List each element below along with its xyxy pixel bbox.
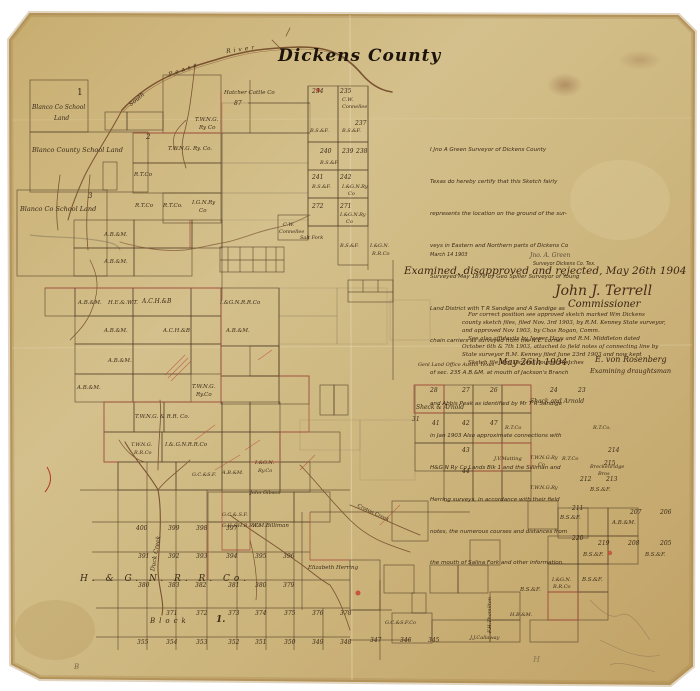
parcel-label: G.C.&.S.F. [222, 512, 248, 518]
corner-mark: H [533, 655, 540, 664]
certificate-line: of sec. 235 A.B.&M. at mouth of Jackson'… [430, 368, 579, 379]
parcel-number: 219 [598, 540, 609, 547]
parcel-label: A.B.&M. [612, 520, 636, 526]
parcel-label: Hatcher Cattle Co [224, 90, 275, 96]
parcel-label: A.B.&M. [104, 232, 128, 238]
parcel-number: 373 [228, 610, 239, 617]
parcel-label: G.C.&S.F.Co [385, 620, 416, 626]
parcel-number: 346 [400, 637, 411, 644]
office-line: Genl Land Office Austin Texas [418, 362, 494, 368]
notes-line: See also affidavits by Jasper Hays and R… [468, 335, 666, 343]
parcel-label: Land [54, 115, 69, 122]
parcel-number: 213 [606, 476, 617, 483]
parcel-number: 272 [312, 203, 323, 210]
parcel-number: 392 [168, 553, 179, 560]
parcel-number: 352 [228, 639, 239, 646]
parcel-number: 399 [168, 525, 179, 532]
notes-line: county sketch files, filed Nov. 3rd 1903… [462, 319, 666, 327]
parcel-number: 31 [412, 416, 420, 423]
parcel-label: A.B.&M. [226, 328, 250, 334]
parcel-label: A.B.&M. [222, 470, 244, 476]
parcel-label: A.C.H.&B [163, 328, 190, 334]
certificate-line: the mouth of Salina Fork and other infor… [430, 558, 579, 569]
parcel-label: A.B.&M. [104, 328, 128, 334]
parcel-number: 345 [428, 637, 439, 644]
parcel-label: I.&G.N.R.R.Co [220, 300, 260, 306]
parcel-number: 234 [312, 88, 323, 95]
parcel-label: Ry.Co [258, 468, 272, 474]
parcel-label: B.S.&F. [310, 128, 329, 134]
parcel-label: G.C.&S.F. [192, 472, 216, 478]
parcel-label: Ry Co [199, 125, 215, 131]
parcel-label: B.S.&F. [312, 184, 331, 190]
examiner-title: Examining draughtsman [590, 367, 671, 375]
river-label-salt-fork: Salt Fork [300, 235, 323, 241]
certificate-line: represents the location on the ground of… [430, 209, 579, 220]
parcel-label: Blanco County School Land [32, 146, 123, 154]
parcel-label: I.&.G.N.R.R.Co [165, 442, 207, 448]
parcel-number: 374 [255, 610, 266, 617]
certificate-line: Herring surveys, in accordance with thei… [430, 495, 579, 506]
parcel-number: 398 [196, 525, 207, 532]
parcel-number: 397 [226, 525, 237, 532]
notes-line: and approved Nov 1903, by Chas Rogan, Co… [462, 327, 666, 335]
certificate-line: notes, the numerous courses and distance… [430, 527, 579, 538]
parcel-label: B.S.&F. [320, 160, 339, 166]
parcel-label: R.R.Co [134, 450, 152, 456]
parcel-number: 381 [228, 582, 239, 589]
block-label: Block [150, 617, 190, 625]
block-number: 1. [216, 615, 225, 625]
certificate-line: H&G N Ry Co Lands Blk 1 and the Silliman… [430, 463, 579, 474]
parcel-label: C.W. [342, 97, 353, 103]
parcel-number: 383 [168, 582, 179, 589]
parcel-number: 240 [320, 148, 331, 155]
parcel-label: R.T.Co [134, 172, 152, 178]
parcel-label-hgn: H. & G. N. R. R. Co. [80, 574, 250, 584]
parcel-label: R.R.Co [372, 251, 390, 257]
parcel-label: B.S.&F. [582, 577, 603, 583]
parcel-number: 348 [340, 639, 351, 646]
map-title: Dickens County [278, 46, 441, 66]
parcel-label: Ry.Co [196, 392, 212, 398]
parcel-number: 208 [628, 540, 639, 547]
surveyor-signature: Jno. A. Green [530, 252, 570, 259]
parcel-number: 350 [284, 639, 295, 646]
parcel-number: 376 [312, 610, 323, 617]
parcel-number: 237 [355, 120, 366, 127]
parcel-number: 241 [312, 174, 323, 181]
parcel-number: 214 [608, 447, 619, 454]
parcel-label: C.W. [283, 222, 294, 228]
certificate-line: I Jno A Green Surveyor of Dickens County [430, 145, 579, 156]
parcel-label: I.&G.N. [255, 460, 274, 466]
parcel-number: 238 [356, 148, 367, 155]
parcel-label: Connellee [279, 229, 304, 235]
parcel-label: B.S.&F. [590, 487, 611, 493]
parcel-label: T.W.N.G. [131, 442, 152, 448]
certificate-date: March 14 1903 [430, 250, 468, 261]
parcel-label: T.W.N.G. [195, 117, 218, 123]
parcel-number: 391 [138, 553, 149, 560]
parcel-number: 239 [342, 148, 353, 155]
parcel-number: 212 [580, 476, 591, 483]
parcel-number: 206 [660, 509, 671, 516]
parcel-label: T.W.N.G. [192, 384, 215, 390]
parcel-label: Blanco Co School [32, 104, 85, 111]
parcel-label: I.&G.N.Ry. [342, 184, 369, 190]
parcel-label: I.G.N.Ry [192, 200, 215, 206]
parcel-label: W.M.Billiman [252, 523, 289, 529]
parcel-number: 271 [340, 203, 351, 210]
parcel-number: 3 [88, 192, 92, 200]
map-sheet: Dickens County South Pease River Duck Cr… [0, 0, 700, 691]
parcel-label: T.W.N.G. Ry. Co. [168, 146, 212, 152]
parcel-number: 394 [226, 553, 237, 560]
parcel-number: 207 [630, 509, 641, 516]
parcel-label: B.S.&F. [583, 552, 604, 558]
parcel-label: Co [346, 219, 353, 225]
parcel-label: B.S.&F. [340, 243, 359, 249]
parcel-number: 205 [660, 540, 671, 547]
parcel-number: 382 [195, 582, 206, 589]
parcel-label: H.E.&.W.T. [108, 300, 138, 306]
parcel-label: B.S.&F. [645, 552, 666, 558]
certificate-line: and Abbis Peak as identified by Mr T R S… [430, 399, 579, 410]
certificate-line: in Jan 1903 Also approximate connections… [430, 431, 579, 442]
parcel-number: 354 [166, 639, 177, 646]
parcel-number: 87 [234, 100, 242, 107]
parcel-label: Blanco Co School Land [20, 205, 96, 213]
parcel-number: 349 [312, 639, 323, 646]
parcel-label: I.&G.N. [370, 243, 389, 249]
parcel-number: 380 [255, 582, 266, 589]
rejection-stamp: Examined, disapproved and rejected, May … [404, 265, 686, 277]
parcel-number: 380 [138, 582, 149, 589]
parcel-number: 347 [370, 637, 381, 644]
parcel-number: 242 [340, 174, 351, 181]
parcel-label: R.T.Co. [163, 203, 183, 209]
parcel-label: John Gibson [250, 490, 281, 496]
parcel-label: A.B.&M. [104, 259, 128, 265]
parcel-number: 351 [255, 639, 266, 646]
parcel-number: 393 [196, 553, 207, 560]
parcel-number: 2 [146, 133, 150, 141]
parcel-label: A.B.&M. [78, 300, 102, 306]
parcel-label: F.H.Thamilton [487, 597, 493, 633]
parcel-number: 371 [166, 610, 177, 617]
parcel-label: J.J.Callaway [470, 635, 499, 641]
parcel-number: 400 [136, 525, 147, 532]
parcel-label: Co [348, 191, 355, 197]
parcel-label: Elizabeth Herring [308, 565, 358, 571]
parcel-number: 395 [255, 553, 266, 560]
parcel-number: 396 [283, 553, 294, 560]
parcel-label: A.B.&M. [77, 385, 101, 391]
commissioner-title: Commissioner [568, 299, 640, 310]
parcel-label: R.T.Co [135, 203, 153, 209]
parcel-number: 378 [340, 610, 351, 617]
notes-line: October 6th & 7th 1903, attached to fiel… [462, 343, 666, 351]
parcel-label: H.B.&M. [510, 612, 532, 618]
parcel-number: 353 [196, 639, 207, 646]
parcel-label: A.B.&M. [108, 358, 132, 364]
parcel-label: Co [199, 208, 207, 214]
office-date: May 26th 1904. [498, 358, 570, 368]
corner-mark: B [74, 663, 79, 671]
parcel-number: 235 [340, 88, 351, 95]
parcel-label: B.S.&F. [342, 128, 361, 134]
parcel-number: 1 [77, 88, 83, 98]
commissioner-signature: John J. Terrell [555, 283, 652, 299]
parcel-number: 372 [196, 610, 207, 617]
parcel-number: 355 [137, 639, 148, 646]
certificate-line: Texas do hereby certify that this Sketch… [430, 177, 579, 188]
parcel-label: I.&G.N.Ry [340, 212, 366, 218]
notes-line: For correct position see approved sketch… [468, 311, 666, 319]
parcel-label: Breckenridge [590, 464, 624, 470]
parcel-label: A.C.H.&B [142, 298, 171, 305]
parcel-number: 375 [284, 610, 295, 617]
parcel-label: Connellee [342, 104, 367, 110]
examiner-signature: E. von Rosenberg [595, 355, 667, 364]
parcel-label: T.W.N.G. & R.R. Co. [135, 414, 189, 420]
parcel-number: 379 [283, 582, 294, 589]
parcel-label: R.T.Co. [593, 425, 611, 431]
